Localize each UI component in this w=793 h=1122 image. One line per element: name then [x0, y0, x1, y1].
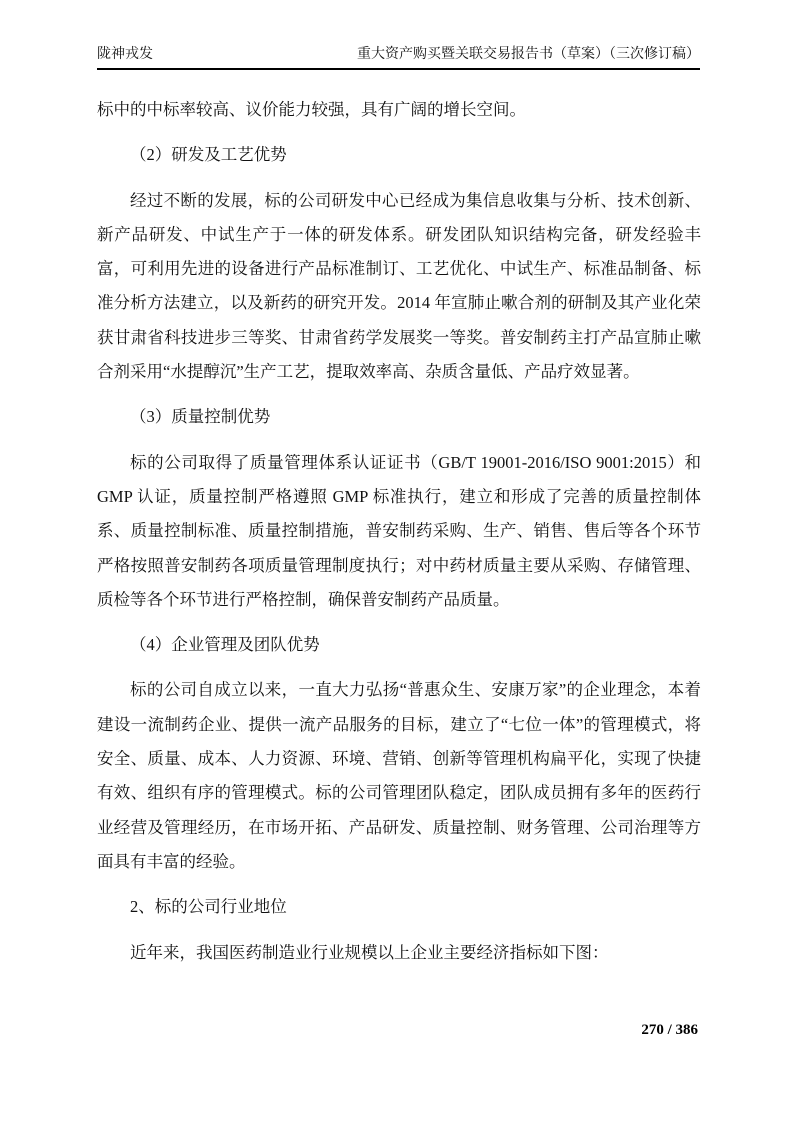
- section-heading-rd-advantage: （2）研发及工艺优势: [97, 138, 701, 172]
- section-heading-quality-control: （3）质量控制优势: [97, 400, 701, 434]
- document-page: 陇神戎发 重大资产购买暨关联交易报告书（草案）（三次修订稿） 标中的中标率较高、…: [0, 0, 793, 1122]
- paragraph-continuation: 标中的中标率较高、议价能力较强，具有广阔的增长空间。: [97, 93, 701, 127]
- paragraph-industry-position: 近年来，我国医药制造业行业规模以上企业主要经济指标如下图：: [97, 936, 701, 970]
- section-heading-industry-position: 2、标的公司行业地位: [97, 890, 701, 924]
- header-report-title: 重大资产购买暨关联交易报告书（草案）（三次修订稿）: [357, 46, 700, 64]
- paragraph-quality-control: 标的公司取得了质量管理体系认证证书（GB/T 19001-2016/ISO 90…: [97, 446, 701, 617]
- paragraph-management-team: 标的公司自成立以来，一直大力弘扬“普惠众生、安康万家”的企业理念，本着建设一流制…: [97, 673, 701, 879]
- header-company-name: 陇神戎发: [97, 46, 153, 64]
- page-number: 270 / 386: [641, 1022, 698, 1039]
- section-heading-management-team: （4）企业管理及团队优势: [97, 628, 701, 662]
- page-header: 陇神戎发 重大资产购买暨关联交易报告书（草案）（三次修订稿）: [97, 46, 700, 70]
- paragraph-rd-advantage: 经过不断的发展，标的公司研发中心已经成为集信息收集与分析、技术创新、新产品研发、…: [97, 184, 701, 390]
- document-body: 标中的中标率较高、议价能力较强，具有广阔的增长空间。 （2）研发及工艺优势 经过…: [97, 93, 701, 981]
